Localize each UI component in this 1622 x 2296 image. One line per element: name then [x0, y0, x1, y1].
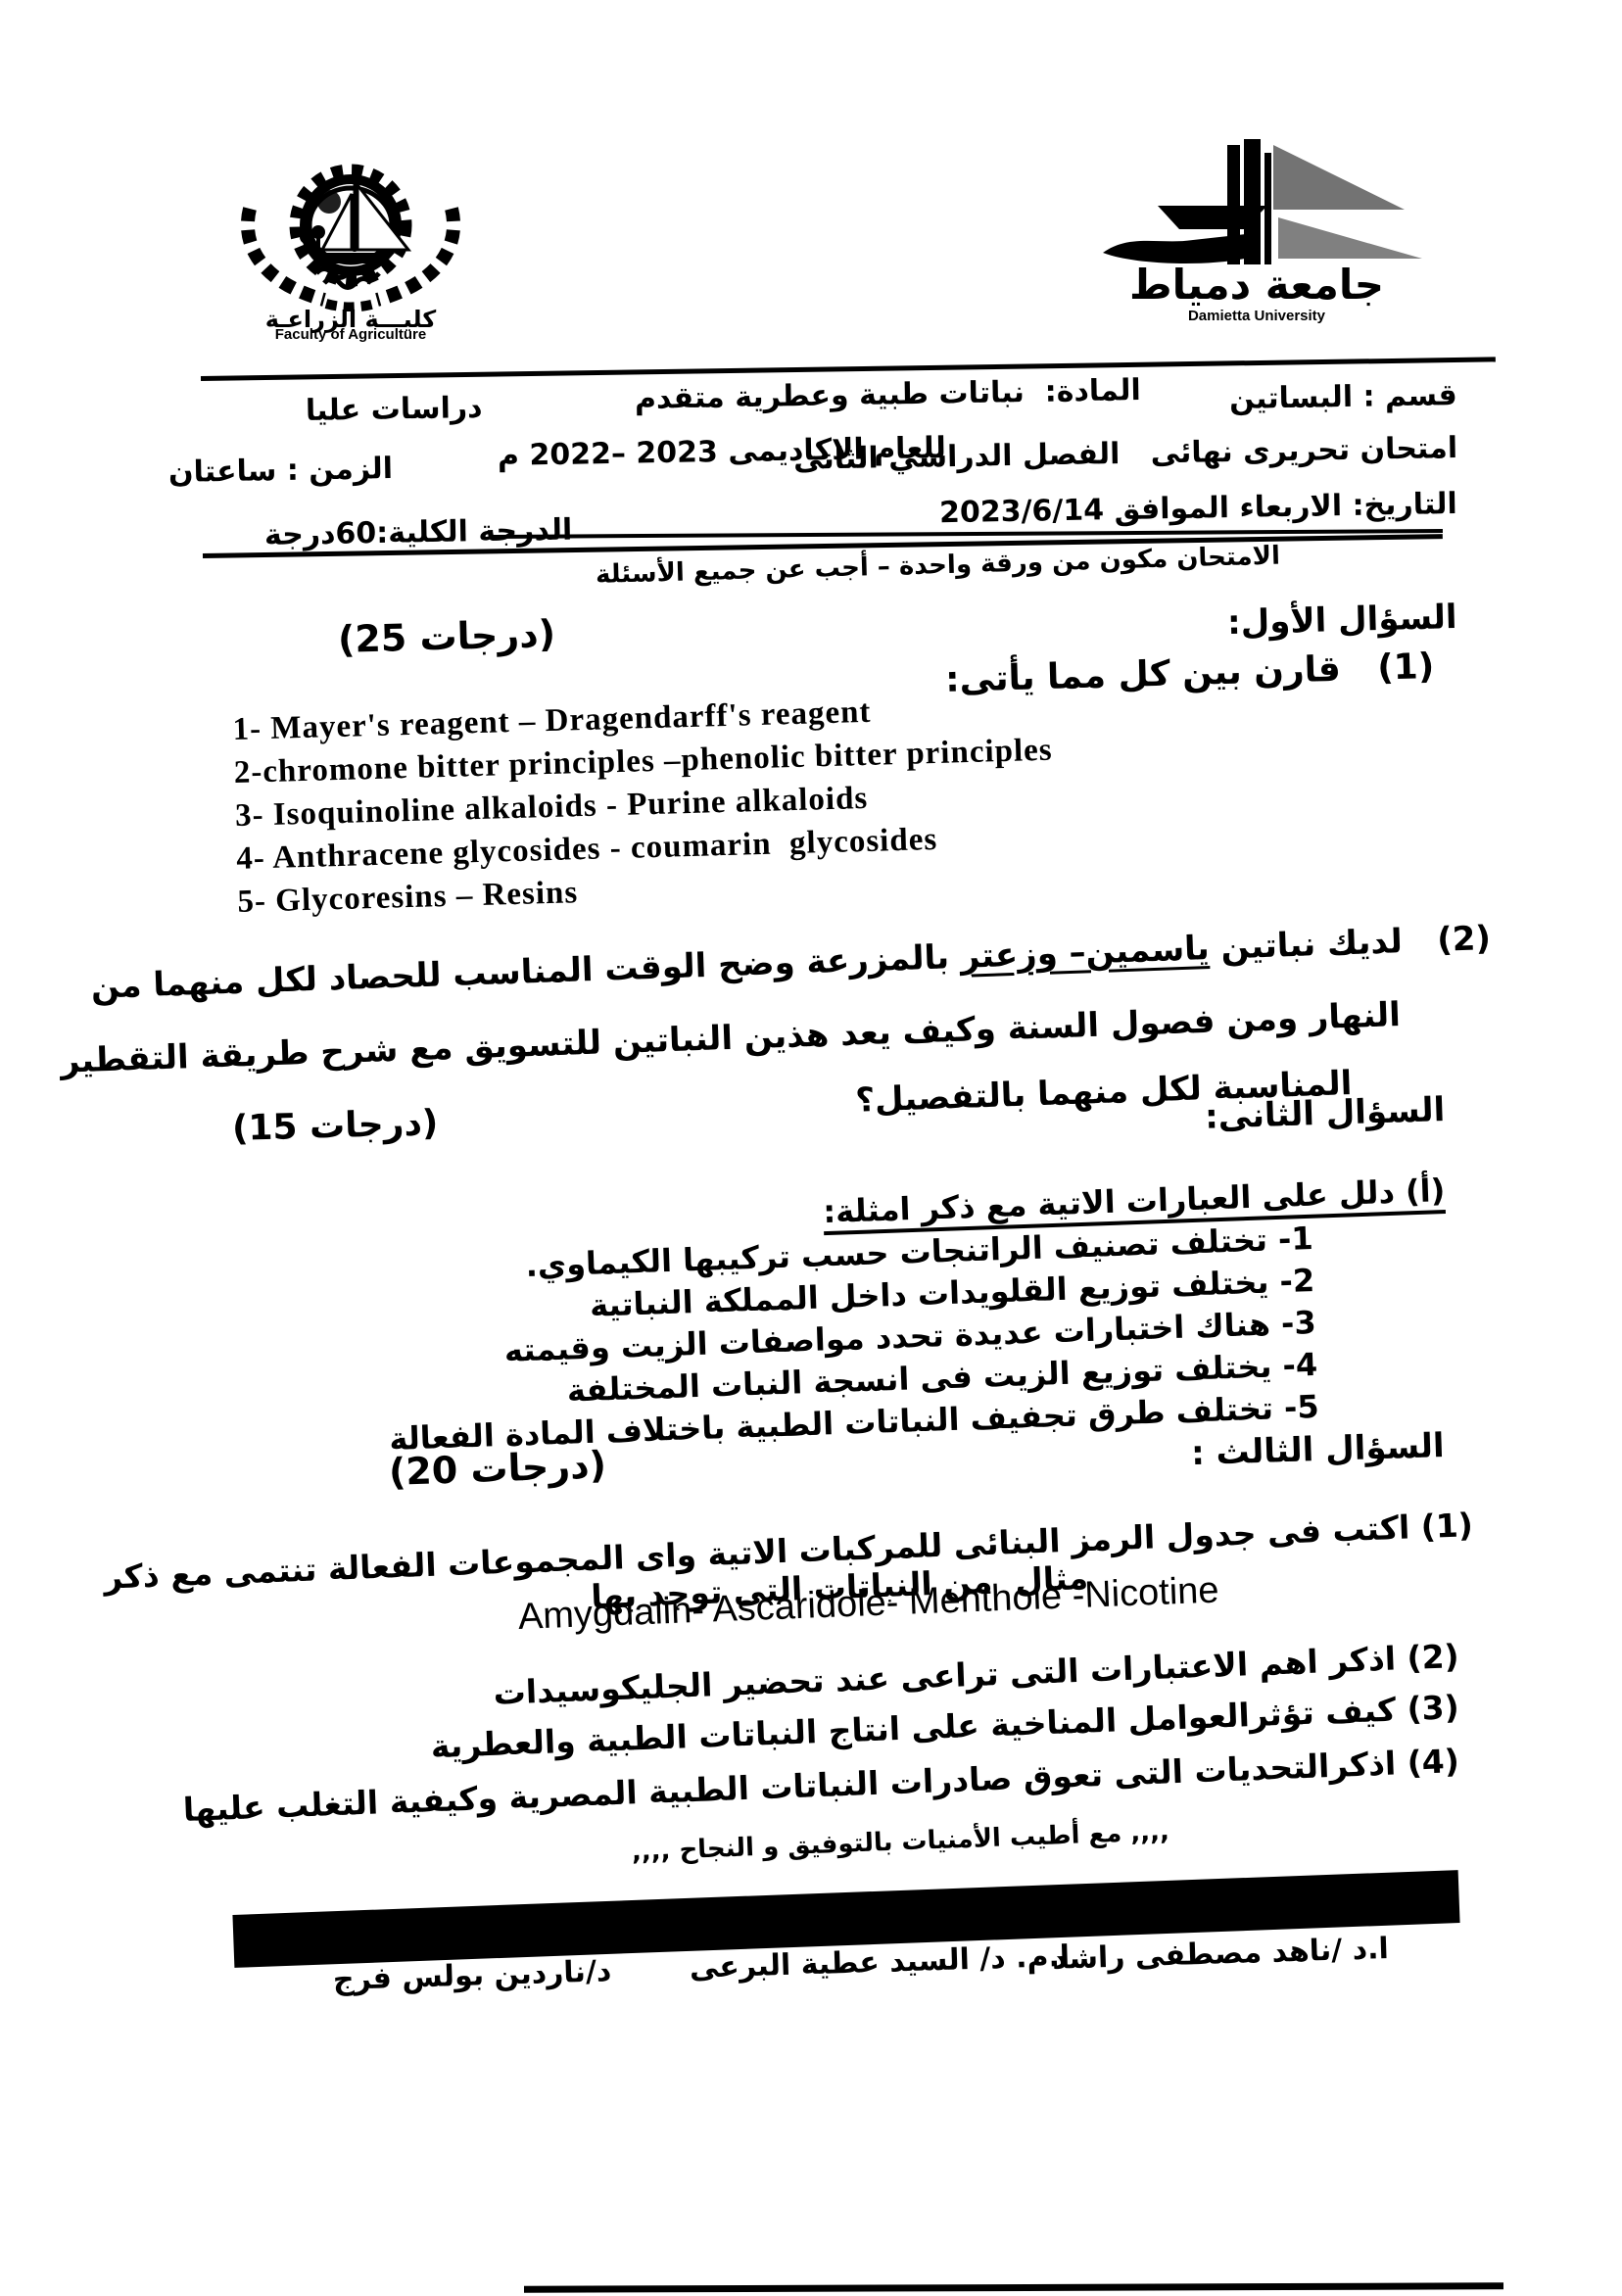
question3-title: السؤال الثالث :: [1191, 1426, 1446, 1473]
exam-date-prefix: التاريخ: الاربعاء الموافق: [1104, 487, 1457, 527]
page-bottom-scan-bar: [524, 2282, 1503, 2292]
department-label: قسم : البساتين: [1229, 378, 1457, 416]
question2-title: السؤال الثانى:: [1204, 1090, 1445, 1137]
question2-marks: (15 درجات): [231, 1103, 438, 1149]
comparison-list: 1- Mayer's reagent – Dragendarff's reage…: [232, 686, 1057, 924]
exam-document-page: كليـــة الزراعـة Faculty of Agriculture …: [0, 0, 1622, 2296]
question3-part4: (4) اذكرالتحديات التى تعوق صادرات النبات…: [182, 1742, 1459, 1829]
question1-part2-line1: (2) لديك نباتين ياسمين– وزعتر بالمزرعة و…: [90, 919, 1491, 1007]
question1-title: السؤال الأول:: [1227, 598, 1457, 643]
question1-marks-text: (25 درجات): [337, 612, 555, 661]
university-caption-arabic: جامعة دمياط: [1124, 261, 1389, 309]
closing-wishes: ,,,, مع أطيب الأمنيات بالتوفيق و النجاح …: [631, 1817, 1169, 1867]
question1-part2-underlined-plants: ياسمين– وزعتر: [960, 929, 1210, 977]
exam-time-label: الزمن : ساعتان: [168, 452, 394, 490]
exam-date-label: التاريخ: الاربعاء الموافق 2023/6/14: [939, 487, 1457, 530]
total-grade-label: الدرجة الكلية:60درجة: [264, 513, 573, 552]
examiner-signature-3: د/ناردين بولس فرج: [332, 1954, 611, 1997]
academic-year-suffix: م: [498, 438, 530, 473]
examiner-signature-1: ا.د /ناهد مصطفى راشد: [1052, 1932, 1390, 1977]
question1-part2-suffix: بالمزرعة وضح الوقت المناسب للحصاد لكل من…: [90, 937, 961, 1007]
faculty-of-agriculture-emblem-icon: [228, 155, 473, 311]
subject-label: المادة: نباتات طبية وعطرية متقدم: [635, 373, 1141, 416]
university-caption-english: Damietta University: [1124, 308, 1389, 324]
exam-date-value: 2023/6/14: [939, 493, 1105, 530]
question1-part2-prefix: (2) لديك نباتين: [1209, 919, 1492, 968]
question1-marks: (25 درجات): [337, 612, 555, 661]
program-label: دراسات عليا: [306, 391, 483, 428]
question3-marks: (20 درجات): [388, 1443, 606, 1494]
question2-statements-list: 1- تختلف تصنيف الراتنجات حسب تركيبها الك…: [383, 1218, 1320, 1460]
question2-partA-heading: (أ) دلل على العبارات الاتية مع ذكر امثلة…: [823, 1172, 1446, 1230]
damietta-university-logo-icon: [1099, 137, 1422, 269]
question2-marks-text: (15 درجات): [231, 1103, 438, 1149]
academic-year-range: 2022– 2023: [529, 435, 718, 472]
faculty-caption-english: Faculty of Agriculture: [238, 326, 463, 343]
academic-year-prefix: للعام الاكاديمى: [718, 431, 947, 469]
question3-marks-text: (20 درجات): [388, 1443, 606, 1494]
